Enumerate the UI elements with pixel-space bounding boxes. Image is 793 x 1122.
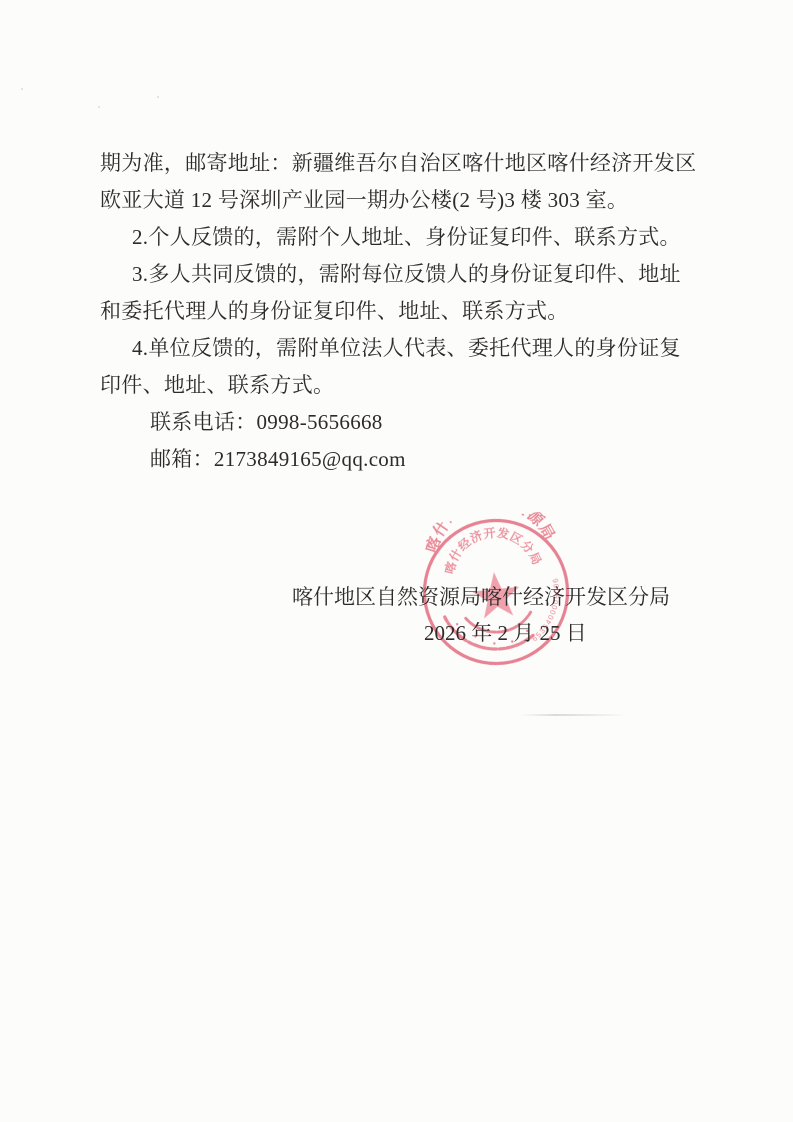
scan-speck <box>98 106 100 108</box>
scanned-document-page: 喀什地区自然资源局 喀什经济开发区分局 6535400009006 <box>0 0 793 1122</box>
scan-speck <box>157 96 159 98</box>
body-line: 4.单位反馈的，需附单位法人代表、委托代理人的身份证复 <box>100 330 715 367</box>
signature-agency-name: 喀什地区自然资源局喀什经济开发区分局 <box>292 581 670 611</box>
scan-speck <box>21 88 23 90</box>
body-line: 3.多人共同反馈的，需附每位反馈人的身份证复印件、地址 <box>100 256 715 293</box>
body-line: 印件、地址、联系方式。 <box>100 367 715 404</box>
body-line-email: 邮箱：2173849165@qq.com <box>100 441 715 478</box>
body-text-block: 期为准，邮寄地址：新疆维吾尔自治区喀什地区喀什经济开发区 欧亚大道 12 号深圳… <box>100 145 715 478</box>
body-line-phone: 联系电话：0998-5656668 <box>100 404 715 441</box>
body-line: 2.个人反馈的，需附个人地址、身份证复印件、联系方式。 <box>100 219 715 256</box>
body-line: 期为准，邮寄地址：新疆维吾尔自治区喀什地区喀什经济开发区 <box>100 145 715 182</box>
body-line: 欧亚大道 12 号深圳产业园一期办公楼(2 号)3 楼 303 室。 <box>100 182 715 219</box>
body-line: 和委托代理人的身份证复印件、地址、联系方式。 <box>100 293 715 330</box>
paper-crease-mark <box>520 714 628 716</box>
signature-date: 2026 年 2 月 25 日 <box>424 617 587 647</box>
